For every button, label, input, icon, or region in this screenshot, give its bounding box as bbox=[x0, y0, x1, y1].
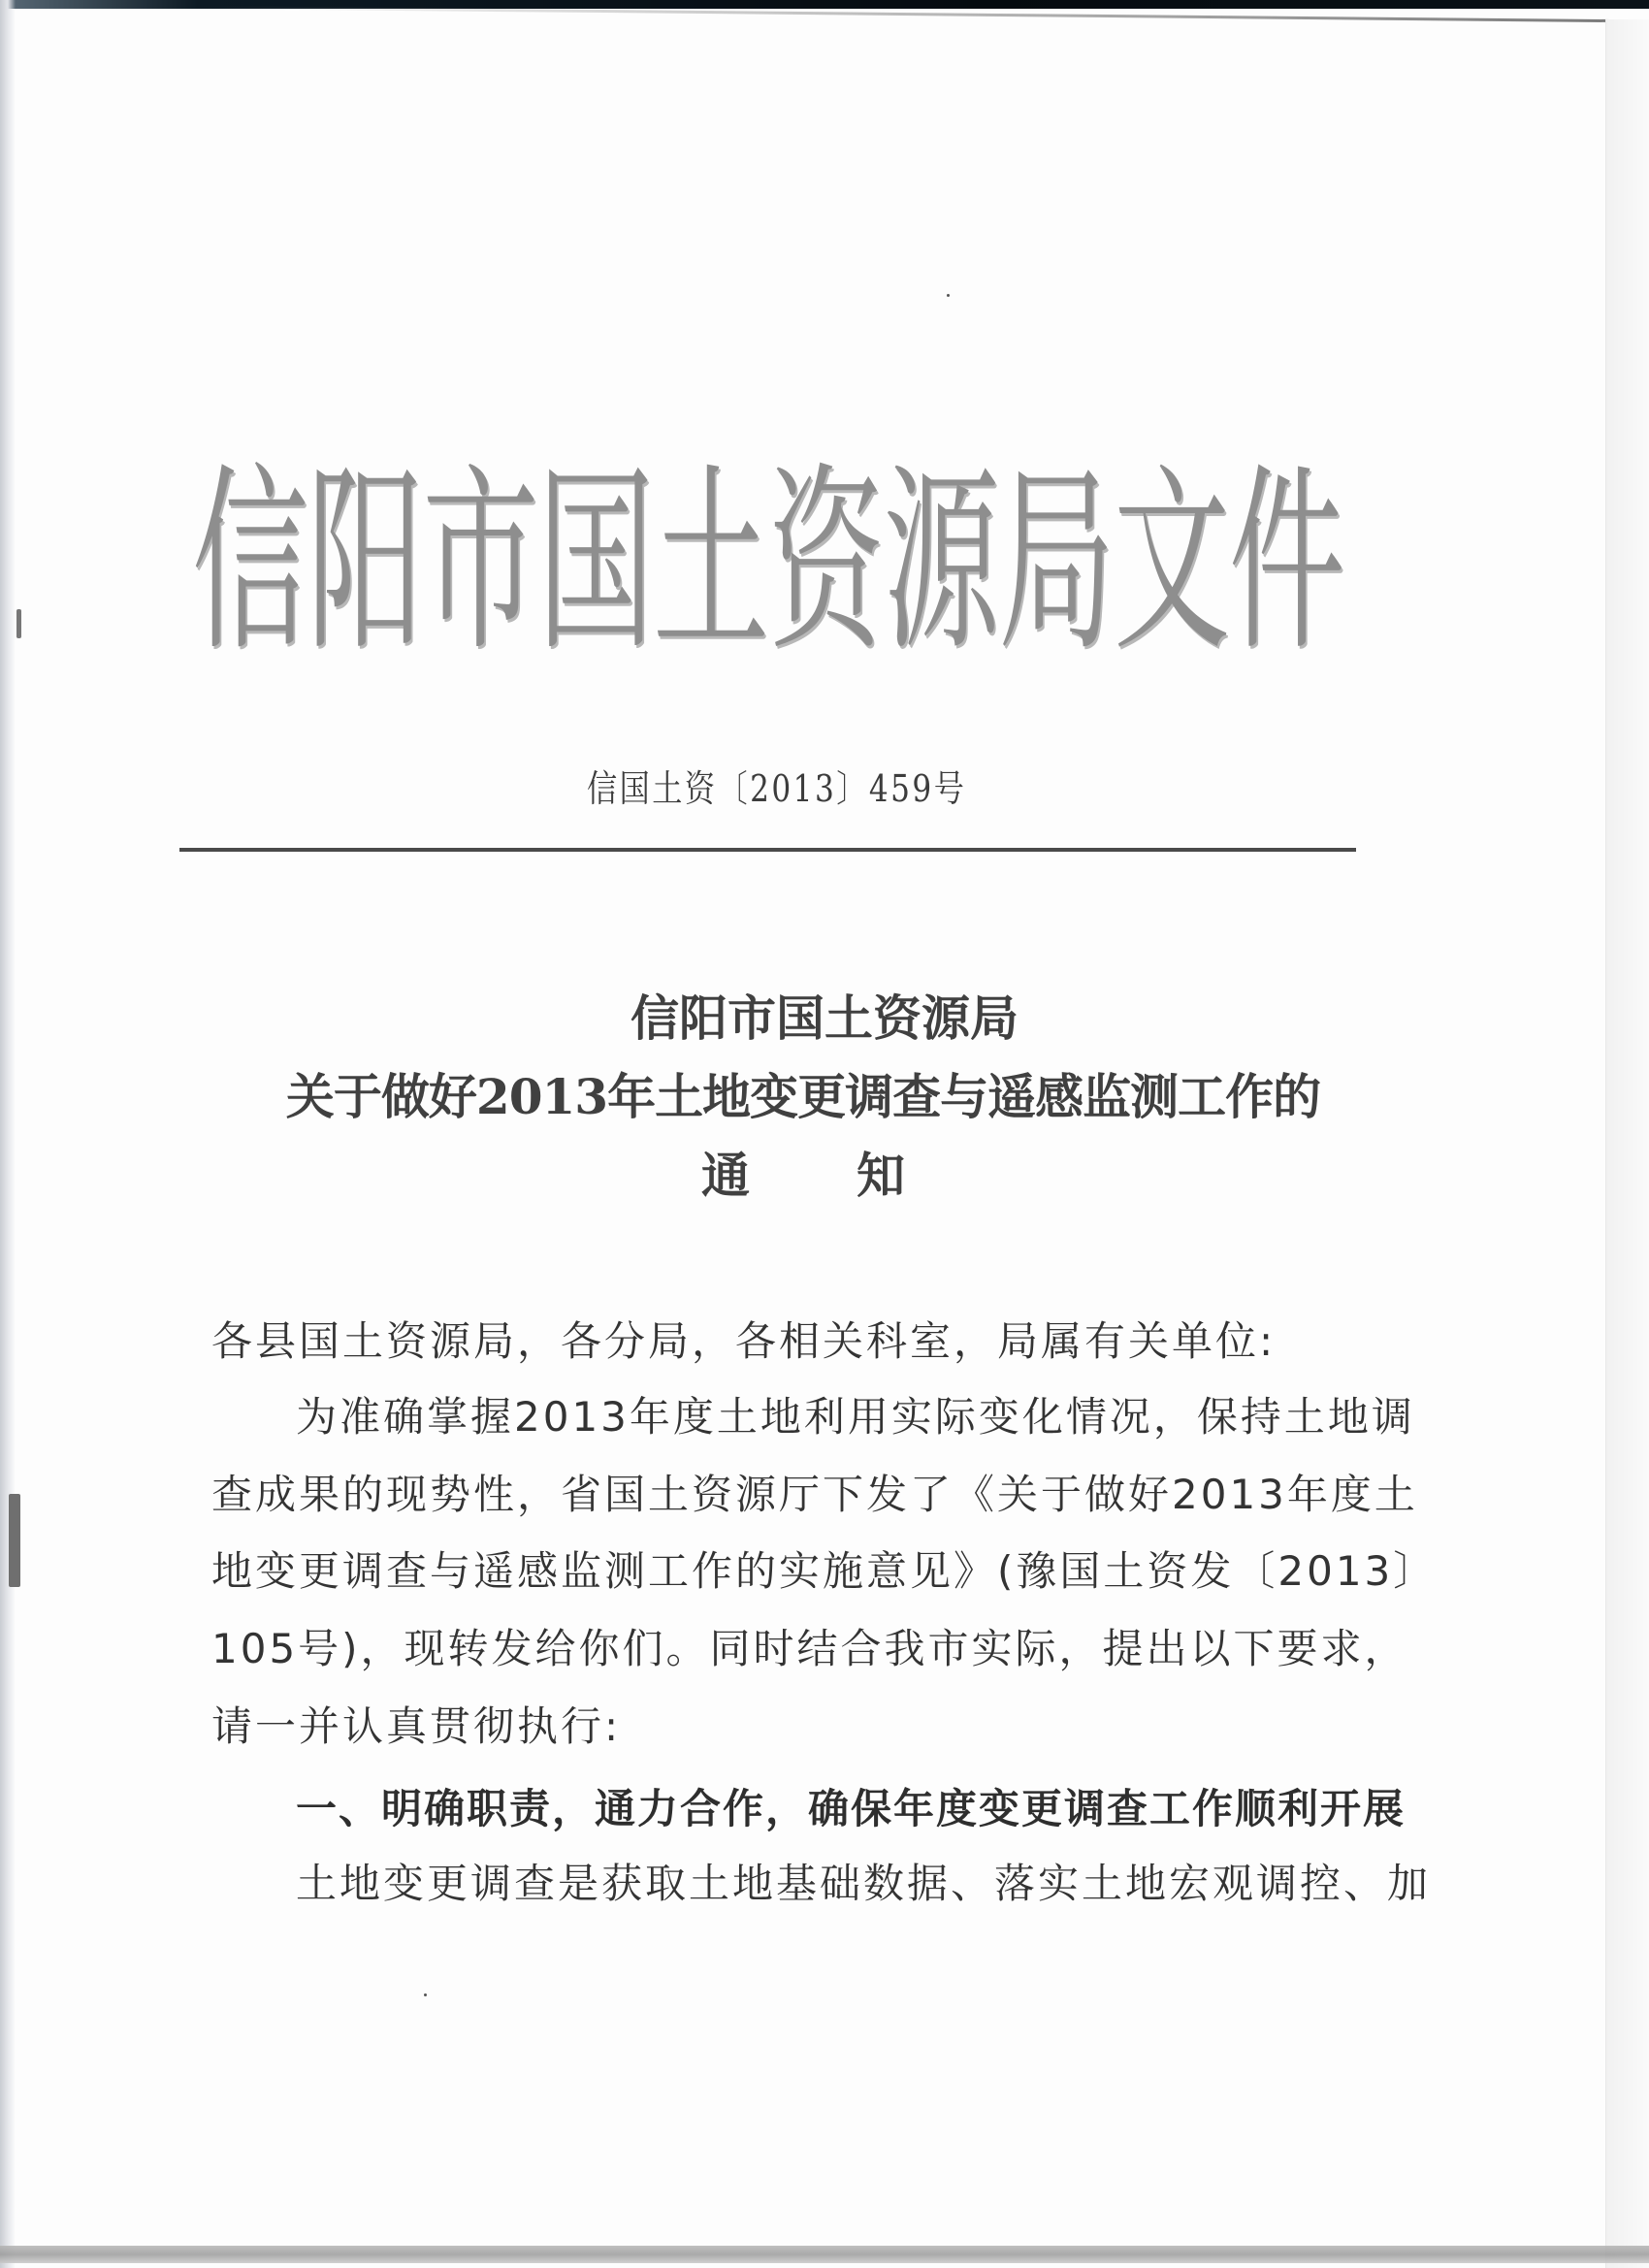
scan-right-edge bbox=[1605, 19, 1649, 2268]
body-line: 105号)，现转发给你们。同时结合我市实际，提出以下要求， bbox=[211, 1624, 1390, 1674]
scan-left-edge bbox=[0, 0, 16, 2268]
issuer-title: 信阳市国土资源局文件 bbox=[192, 456, 873, 669]
salutation: 各县国土资源局，各分局，各相关科室，局属有关单位: bbox=[211, 1316, 1390, 1367]
section-heading: 一、明确职责，通力合作，确保年度变更调查工作顺利开展 bbox=[296, 1784, 1474, 1834]
document-number: 信国土资〔2013〕459号 bbox=[587, 766, 985, 811]
header-divider bbox=[179, 848, 1356, 852]
body-line: 查成果的现势性，省国土资源厅下发了《关于做好2013年度土 bbox=[211, 1470, 1390, 1520]
body-line: 请一并认真贯彻执行: bbox=[211, 1701, 1390, 1752]
binding-mark-bottom bbox=[9, 1494, 20, 1587]
scan-speck bbox=[947, 294, 950, 297]
heading-line-3: 通知 bbox=[0, 1147, 1628, 1205]
binding-mark-top bbox=[16, 609, 21, 638]
body-line: 为准确掌握2013年度土地利用实际变化情况，保持土地调 bbox=[296, 1392, 1474, 1442]
heading-line-1: 信阳市国土资源局 bbox=[0, 989, 1649, 1048]
scan-bottom-edge bbox=[0, 2246, 1649, 2263]
body-line: 土地变更调查是获取土地基础数据、落实土地宏观调控、加 bbox=[296, 1859, 1474, 1909]
body-line: 地变更调查与遥感监测工作的实施意见》(豫国土资发〔2013〕 bbox=[211, 1546, 1390, 1597]
scan-speck bbox=[424, 1993, 427, 1996]
heading-line-2: 关于做好2013年土地变更调查与遥感监测工作的 bbox=[0, 1068, 1628, 1126]
